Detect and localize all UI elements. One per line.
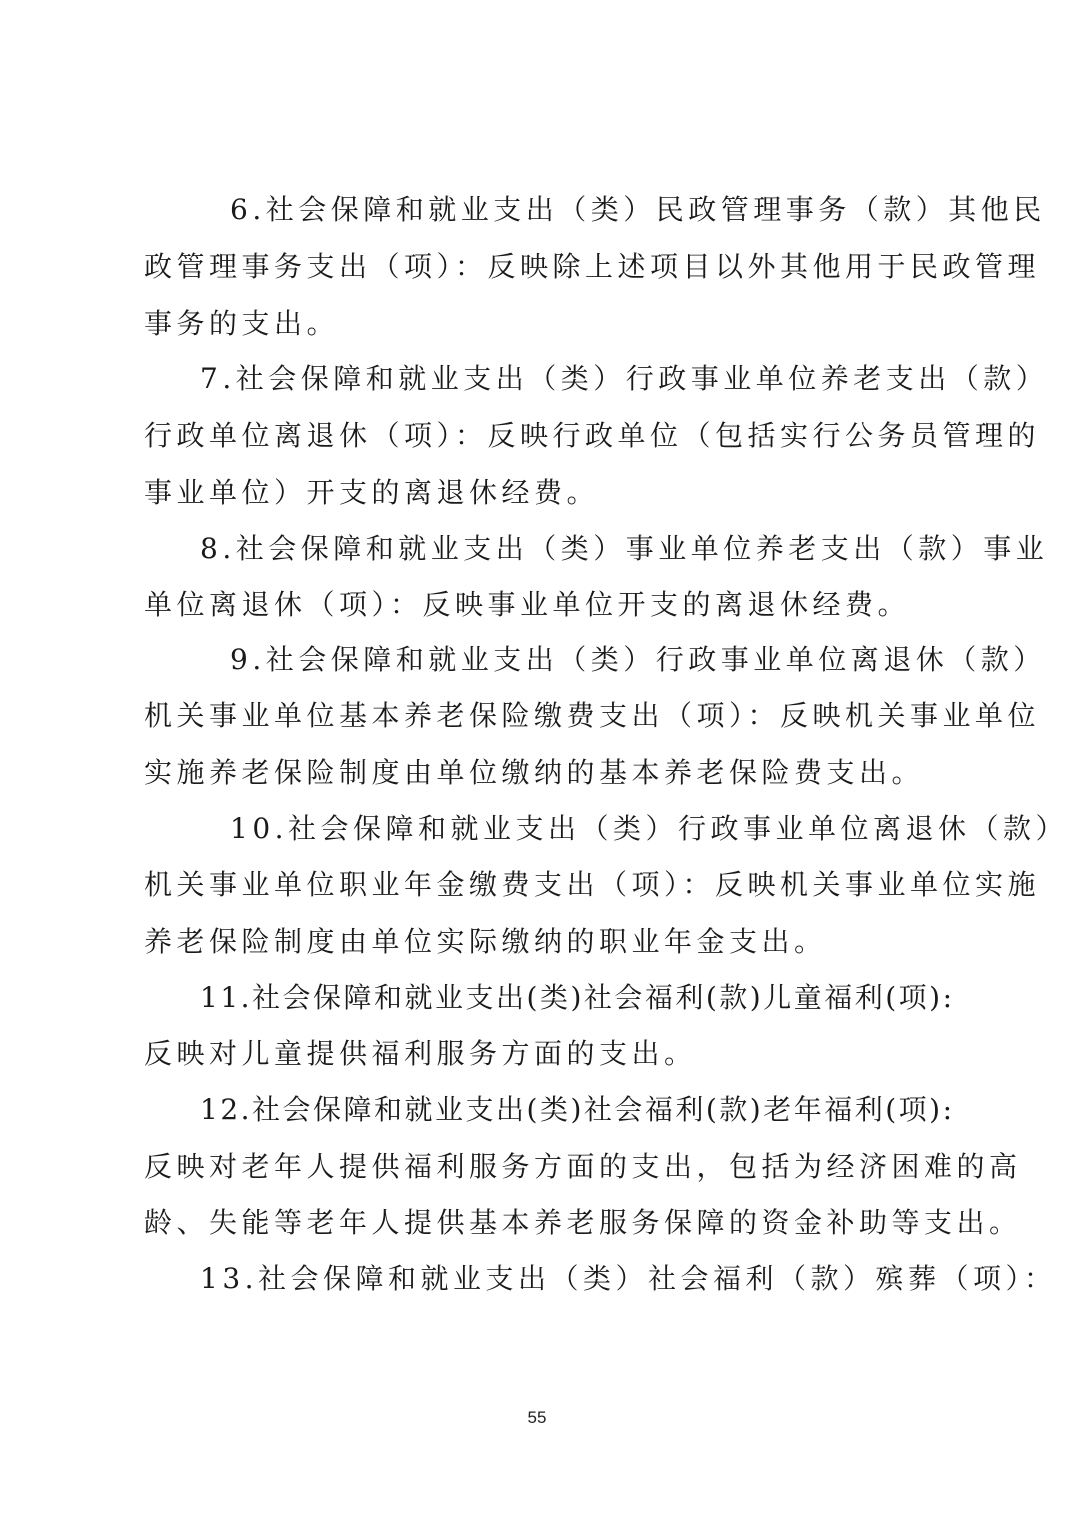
paragraph-13-line-1: 13.社会保障和就业支出（类）社会福利（款）殡葬（项）： xyxy=(200,1262,1000,1296)
paragraph-9-line-3: 实施养老保险制度由单位缴纳的基本养老保险费支出。 xyxy=(144,756,944,790)
paragraph-9-line-1: 9.社会保障和就业支出（类）行政事业单位离退休（款） xyxy=(230,643,1030,677)
page-number: 55 xyxy=(0,1408,1074,1428)
paragraph-11-line-2: 反映对儿童提供福利服务方面的支出。 xyxy=(144,1037,944,1071)
paragraph-9-line-2: 机关事业单位基本养老保险缴费支出（项）：反映机关事业单位 xyxy=(144,699,944,733)
paragraph-11-line-1: 11.社会保障和就业支出(类)社会福利(款)儿童福利(项): xyxy=(200,981,1000,1015)
paragraph-6-line-3: 事务的支出。 xyxy=(144,307,944,341)
paragraph-10-line-3: 养老保险制度由单位实际缴纳的职业年金支出。 xyxy=(144,925,944,959)
paragraph-6-line-2: 政管理事务支出（项）：反映除上述项目以外其他用于民政管理 xyxy=(144,250,944,284)
paragraph-10-line-2: 机关事业单位职业年金缴费支出（项）：反映机关事业单位实施 xyxy=(144,868,944,902)
paragraph-10-line-1: 10.社会保障和就业支出（类）行政事业单位离退休（款） xyxy=(230,812,1030,846)
paragraph-12-line-1: 12.社会保障和就业支出(类)社会福利(款)老年福利(项): xyxy=(200,1093,1000,1127)
document-page: 6.社会保障和就业支出（类）民政管理事务（款）其他民 政管理事务支出（项）：反映… xyxy=(0,0,1074,1520)
paragraph-7-line-2: 行政单位离退休（项）：反映行政单位（包括实行公务员管理的 xyxy=(144,419,944,453)
paragraph-7-line-3: 事业单位）开支的离退休经费。 xyxy=(144,476,944,510)
paragraph-6-line-1: 6.社会保障和就业支出（类）民政管理事务（款）其他民 xyxy=(230,193,1030,227)
paragraph-12-line-3: 龄、失能等老年人提供基本养老服务保障的资金补助等支出。 xyxy=(144,1206,944,1240)
paragraph-12-line-2: 反映对老年人提供福利服务方面的支出，包括为经济困难的高 xyxy=(144,1150,944,1184)
paragraph-8-line-1: 8.社会保障和就业支出（类）事业单位养老支出（款）事业 xyxy=(200,532,1000,566)
paragraph-7-line-1: 7.社会保障和就业支出（类）行政事业单位养老支出（款） xyxy=(200,362,1000,396)
paragraph-8-line-2: 单位离退休（项）：反映事业单位开支的离退休经费。 xyxy=(144,588,944,622)
